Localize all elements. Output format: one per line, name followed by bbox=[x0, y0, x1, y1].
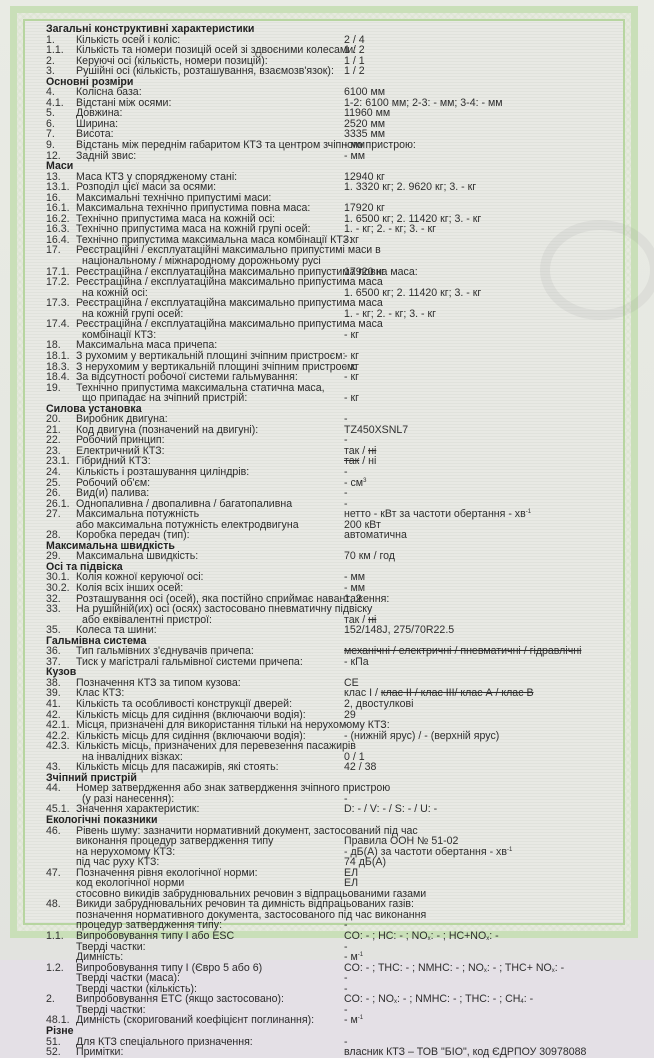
spec-row: 12.Задній звис:- мм bbox=[46, 151, 626, 162]
item-label: Коробка передач (тип): bbox=[76, 530, 344, 541]
spec-row: 37.Тиск у магістралі гальмівної системи … bbox=[46, 657, 626, 668]
item-value: 1. 3320 кг; 2. 9620 кг; 3. - кг bbox=[344, 182, 476, 193]
item-value: TZ450XSNL7 bbox=[344, 425, 408, 436]
superscript: 3 bbox=[363, 478, 366, 484]
item-number: 3. bbox=[46, 66, 76, 77]
spec-row: 9.Відстань між переднім габаритом КТЗ та… bbox=[46, 140, 626, 151]
spec-row: Димність:- м-1 bbox=[46, 952, 626, 960]
item-label: Кількість і розташування циліндрів: bbox=[76, 467, 344, 478]
item-label: Колеса та шини: bbox=[76, 625, 344, 636]
value-text: автоматична bbox=[344, 529, 407, 541]
item-label: Задній звис: bbox=[76, 151, 344, 162]
item-value: автоматична bbox=[344, 530, 407, 541]
item-number: 17.4. bbox=[46, 319, 76, 330]
item-label: За відсутності робочої системи гальмуван… bbox=[76, 372, 344, 383]
item-number-blank bbox=[46, 256, 76, 267]
value-text: 42 / 38 bbox=[344, 761, 376, 773]
item-label: Колія всіх інших осей: bbox=[76, 583, 344, 594]
item-number: 41. bbox=[46, 699, 76, 710]
item-number: 46. bbox=[46, 826, 76, 837]
item-number: 27. bbox=[46, 509, 76, 520]
spec-row: 18.4.За відсутності робочої системи галь… bbox=[46, 372, 626, 383]
item-value: D: - / V: - / S: - / U: - bbox=[344, 804, 437, 815]
item-number: 12. bbox=[46, 151, 76, 162]
item-label-continued: національному / міжнародному дорожньому … bbox=[76, 256, 350, 267]
item-number: 9. bbox=[46, 140, 76, 151]
value-text: 152/148J, 275/70R22.5 bbox=[344, 624, 454, 636]
value-text: - м bbox=[344, 951, 358, 960]
item-label: Максимальна швидкість: bbox=[76, 551, 344, 562]
spec-row: 38.Позначення КТЗ за типом кузова:CE bbox=[46, 678, 626, 689]
spec-row: 5.Довжина:11960 мм bbox=[46, 108, 626, 119]
item-label: Значення характеристик: bbox=[76, 804, 344, 815]
item-number bbox=[46, 878, 76, 889]
item-value: - (нижній ярус) / - (верхній ярус) bbox=[344, 731, 499, 742]
item-label: Відстань між переднім габаритом КТЗ та ц… bbox=[76, 140, 344, 151]
item-value: - м-1 bbox=[344, 952, 363, 960]
item-value: 42 / 38 bbox=[344, 762, 376, 773]
item-label: Кількість місць для пасажирів, які стоят… bbox=[76, 762, 344, 773]
value-text: 1. 3320 кг; 2. 9620 кг; 3. - кг bbox=[344, 181, 476, 193]
spec-row: 3.Рушійні осі (кількість, розташування, … bbox=[46, 66, 626, 77]
spec-row: 35.Колеса та шини:152/148J, 275/70R22.5 bbox=[46, 625, 626, 636]
spec-row: 29.Максимальна швидкість:70 км / год bbox=[46, 551, 626, 562]
item-number bbox=[46, 847, 76, 858]
value-text: TZ450XSNL7 bbox=[344, 424, 408, 436]
item-number: 17. bbox=[46, 245, 76, 256]
item-number bbox=[46, 942, 76, 953]
item-number: 17.2. bbox=[46, 277, 76, 288]
value-text: D: - / V: - / S: - / U: - bbox=[344, 803, 437, 815]
item-value: - кПа bbox=[344, 657, 369, 668]
superscript: -1 bbox=[358, 952, 363, 958]
item-number: 48. bbox=[46, 899, 76, 910]
item-value: 70 км / год bbox=[344, 551, 395, 562]
item-number: 17.3. bbox=[46, 298, 76, 309]
value-text: - (нижній ярус) / - (верхній ярус) bbox=[344, 730, 499, 742]
item-label: Рушійні осі (кількість, розташування, вз… bbox=[76, 66, 344, 77]
item-value: - кг bbox=[344, 330, 359, 341]
item-number bbox=[46, 836, 76, 847]
value-text: - кг bbox=[344, 392, 359, 404]
item-label: Димність: bbox=[76, 952, 344, 960]
spec-row-continued: національному / міжнародному дорожньому … bbox=[46, 256, 626, 267]
item-value: - кг bbox=[344, 393, 359, 404]
item-number: 43. bbox=[46, 762, 76, 773]
spec-row: 30.2.Колія всіх інших осей:- мм bbox=[46, 583, 626, 594]
spec-row: 6.Ширина:2520 мм bbox=[46, 119, 626, 130]
spec-row: 45.1.Значення характеристик:D: - / V: - … bbox=[46, 804, 626, 815]
spec-row: 1.1.Випробовування типу I або ESCCO: - ;… bbox=[46, 931, 626, 942]
superscript: -1 bbox=[507, 847, 512, 853]
spec-row: 18.1.З рухомим у вертикальній площині зч… bbox=[46, 351, 626, 362]
item-number: 24. bbox=[46, 467, 76, 478]
item-label: З рухомим у вертикальній площині зчіпним… bbox=[76, 351, 344, 362]
item-label: Тиск у магістралі гальмівної системи при… bbox=[76, 657, 344, 668]
value-text: 70 км / год bbox=[344, 550, 395, 562]
item-label: Кількість та особливості конструкції две… bbox=[76, 699, 344, 710]
value-text: - кг bbox=[344, 371, 359, 383]
value-text: - кг bbox=[344, 329, 359, 341]
section-title: Загальні конструктивні характеристики bbox=[46, 24, 626, 35]
superscript: -1 bbox=[526, 509, 531, 515]
spec-row: Тверді частки:- bbox=[46, 942, 626, 953]
item-number bbox=[46, 952, 76, 960]
item-number: 30.2. bbox=[46, 583, 76, 594]
item-number: 37. bbox=[46, 657, 76, 668]
item-number: 42.3. bbox=[46, 741, 76, 752]
item-number: 28. bbox=[46, 530, 76, 541]
item-value: 152/148J, 275/70R22.5 bbox=[344, 625, 454, 636]
spec-row-continued: що припадає на зчіпний пристрій:- кг bbox=[46, 393, 626, 404]
spec-row: 43.Кількість місць для пасажирів, які ст… bbox=[46, 762, 626, 773]
spec-row: 4.1.Відстані між осями:1-2: 6100 мм; 2-3… bbox=[46, 98, 626, 109]
value-text: - мм bbox=[344, 150, 365, 162]
vehicle-specifications: Загальні конструктивні характеристики1.К… bbox=[46, 24, 626, 960]
item-number bbox=[46, 910, 76, 921]
item-value: - кг bbox=[344, 372, 359, 383]
item-value: 1 / 2 bbox=[344, 66, 365, 77]
item-number: 19. bbox=[46, 383, 76, 394]
item-value: так / ні bbox=[344, 456, 376, 467]
item-value: механічні / електричні / пневматичні / г… bbox=[344, 646, 581, 657]
item-label: Ширина: bbox=[76, 119, 344, 130]
spec-row: 28.Коробка передач (тип):автоматична bbox=[46, 530, 626, 541]
item-label: Випробовування типу I або ESC bbox=[76, 931, 344, 942]
value-text: 1 / 2 bbox=[344, 65, 365, 77]
item-number-blank bbox=[46, 393, 76, 404]
document-page: Загальні конструктивні характеристики1.К… bbox=[0, 0, 654, 960]
item-number: 18.4. bbox=[46, 372, 76, 383]
spec-row: 24.Кількість і розташування циліндрів:- bbox=[46, 467, 626, 478]
item-value: CO: - ; HC: - ; NOx: - ; HC+NOx: - bbox=[344, 931, 499, 942]
section-title: Екологічні показники bbox=[46, 815, 626, 826]
value-text: - кПа bbox=[344, 656, 369, 668]
value-part: / ні bbox=[359, 455, 376, 467]
item-number: 47. bbox=[46, 868, 76, 879]
item-number: 1.1. bbox=[46, 931, 76, 942]
struck-option: механічні / електричні / пневматичні / г… bbox=[344, 645, 581, 657]
item-number: 18.1. bbox=[46, 351, 76, 362]
spec-row: 41.Кількість та особливості конструкції … bbox=[46, 699, 626, 710]
item-value: - мм bbox=[344, 151, 365, 162]
item-label-continued: що припадає на зчіпний пристрій: bbox=[76, 393, 350, 404]
item-number: 45.1. bbox=[46, 804, 76, 815]
item-number: 33. bbox=[46, 604, 76, 615]
item-number: 29. bbox=[46, 551, 76, 562]
item-number: 35. bbox=[46, 625, 76, 636]
item-number: 44. bbox=[46, 783, 76, 794]
